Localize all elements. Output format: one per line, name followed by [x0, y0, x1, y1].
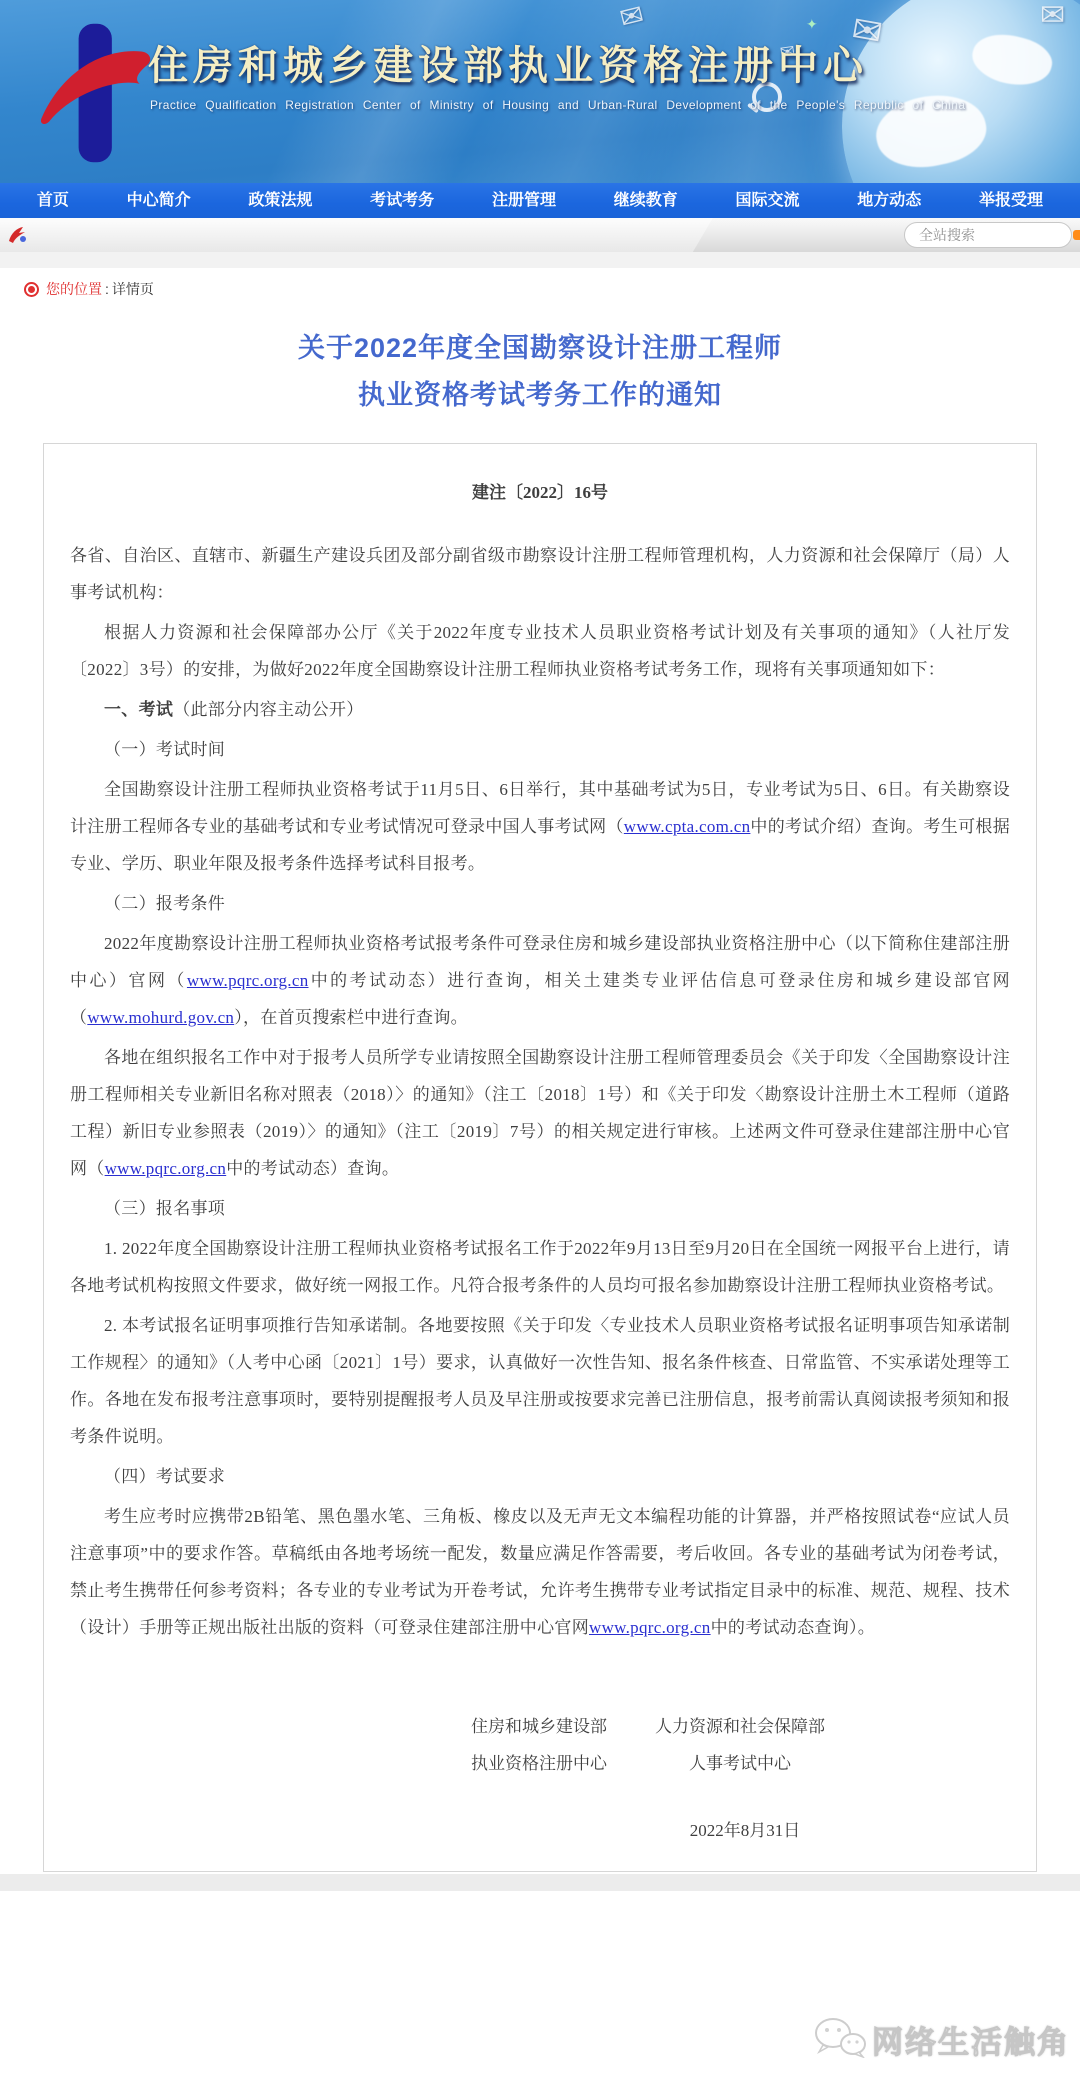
toolbar	[0, 218, 1080, 252]
breadcrumb-current: 详情页	[112, 279, 154, 299]
sub1-heading: （一）考试时间	[70, 731, 1010, 768]
site-search	[904, 222, 1072, 248]
signature-block: 住房和城乡建设部 执业资格注册中心 人力资源和社会保障部 人事考试中心	[178, 1708, 1080, 1782]
site-banner: ✉ ✉ ✉ ✉ ✦ 住房和城乡建设部执业资格注册中心 Practice Qual…	[0, 0, 1080, 183]
toolbar-lower-strip	[0, 252, 1080, 268]
paragraph-intro: 根据人力资源和社会保障部办公厅《关于2022年度专业技术人员职业资格考试计划及有…	[70, 614, 1010, 688]
globe-continent-shape	[910, 181, 1004, 183]
site-logo[interactable]	[38, 18, 158, 173]
paragraph-conditions-1: 2022年度勘察设计注册工程师执业资格考试报考条件可登录住房和城乡建设部执业资格…	[70, 925, 1010, 1036]
watermark: 网络生活触角	[813, 2016, 1070, 2063]
link-mohurd[interactable]: www.mohurd.gov.cn	[87, 1008, 234, 1027]
signature-org2: 人力资源和社会保障部 人事考试中心	[655, 1708, 825, 1782]
signature-org2-line2: 人事考试中心	[655, 1745, 825, 1782]
nav-item-registration[interactable]: 注册管理	[492, 183, 556, 218]
text-segment: ），在首页搜索栏中进行查询。	[234, 1008, 468, 1027]
main-navigation: 首页 中心简介 政策法规 考试考务 注册管理 继续教育 国际交流 地方动态 举报…	[0, 183, 1080, 218]
bottom-strip	[0, 1874, 1080, 1891]
signature-date: 2022年8月31日	[275, 1816, 1080, 1841]
breadcrumb-label: 您的位置	[46, 279, 102, 299]
location-pin-icon	[24, 282, 39, 297]
paragraph-exam-time: 全国勘察设计注册工程师执业资格考试于11月5日、6日举行，其中基础考试为5日，专…	[70, 771, 1010, 882]
document-body: 各省、自治区、直辖市、新疆生产建设兵团及部分副省级市勘察设计注册工程师管理机构，…	[70, 537, 1010, 1646]
signature-org1-line2: 执业资格注册中心	[471, 1745, 607, 1782]
link-pqrc[interactable]: www.pqrc.org.cn	[589, 1618, 711, 1637]
link-pqrc[interactable]: www.pqrc.org.cn	[105, 1159, 227, 1178]
nav-item-policies[interactable]: 政策法规	[248, 183, 312, 218]
nav-item-report[interactable]: 举报受理	[979, 183, 1043, 218]
signature-org2-line1: 人力资源和社会保障部	[655, 1708, 825, 1745]
nav-item-center-intro[interactable]: 中心简介	[127, 183, 191, 218]
text-segment: 中的考试动态）查询。	[226, 1159, 399, 1178]
nav-item-local-news[interactable]: 地方动态	[857, 183, 921, 218]
paragraph-requirements: 考生应考时应携带2B铅笔、黑色墨水笔、三角板、橡皮以及无声无文本编程功能的计算器…	[70, 1498, 1010, 1646]
page: ✉ ✉ ✉ ✉ ✦ 住房和城乡建设部执业资格注册中心 Practice Qual…	[0, 0, 1080, 2092]
section1-heading-bold: 一、考试	[104, 700, 173, 719]
nav-item-home[interactable]: 首页	[37, 183, 69, 218]
search-hot-icon	[1073, 230, 1080, 240]
link-cpta[interactable]: www.cpta.com.cn	[624, 817, 751, 836]
breadcrumb: 您的位置 : 详情页	[24, 279, 1080, 299]
site-title: 住房和城乡建设部执业资格注册中心	[148, 34, 868, 91]
paragraph-signup-2: 2. 本考试报名证明事项推行告知承诺制。各地要按照《关于印发〈专业技术人员职业资…	[70, 1307, 1010, 1455]
section1-heading-note: （此部分内容主动公开）	[173, 700, 363, 719]
breadcrumb-separator: :	[105, 281, 109, 297]
sub4-heading: （四）考试要求	[70, 1458, 1010, 1495]
watermark-text: 网络生活触角	[872, 2017, 1070, 2062]
section1-heading: 一、考试（此部分内容主动公开）	[70, 691, 1010, 728]
page-title-line1: 关于2022年度全国勘察设计注册工程师	[0, 325, 1080, 372]
site-subtitle-en: Practice Qualification Registration Cent…	[150, 98, 965, 112]
link-pqrc[interactable]: www.pqrc.org.cn	[187, 971, 309, 990]
globe-continent-shape	[967, 27, 1056, 93]
page-title-line2: 执业资格考试考务工作的通知	[0, 372, 1080, 419]
sparkle-icon: ✦	[806, 16, 818, 33]
nav-item-continuing-education[interactable]: 继续教育	[614, 183, 678, 218]
page-title: 关于2022年度全国勘察设计注册工程师 执业资格考试考务工作的通知	[0, 325, 1080, 419]
nav-item-exams[interactable]: 考试考务	[370, 183, 434, 218]
text-segment: 中的考试动态查询）。	[711, 1618, 876, 1637]
paragraph-signup-1: 1. 2022年度全国勘察设计注册工程师执业资格考试报名工作于2022年9月13…	[70, 1230, 1010, 1304]
notice-document: 建注〔2022〕16号 各省、自治区、直辖市、新疆生产建设兵团及部分副省级市勘察…	[43, 443, 1037, 1872]
paragraph-addressee: 各省、自治区、直辖市、新疆生产建设兵团及部分副省级市勘察设计注册工程师管理机构，…	[70, 537, 1010, 611]
sub2-heading: （二）报考条件	[70, 885, 1010, 922]
sub3-heading: （三）报名事项	[70, 1190, 1010, 1227]
site-mark-icon	[7, 225, 29, 250]
search-input[interactable]	[905, 223, 1071, 247]
signature-org1-line1: 住房和城乡建设部	[471, 1708, 607, 1745]
nav-item-international[interactable]: 国际交流	[735, 183, 799, 218]
envelope-icon: ✉	[1040, 0, 1065, 33]
signature-org1: 住房和城乡建设部 执业资格注册中心	[471, 1708, 607, 1782]
document-number: 建注〔2022〕16号	[70, 478, 1010, 503]
wechat-logo-icon	[813, 2016, 867, 2063]
paragraph-conditions-2: 各地在组织报名工作中对于报考人员所学专业请按照全国勘察设计注册工程师管理委员会《…	[70, 1039, 1010, 1187]
